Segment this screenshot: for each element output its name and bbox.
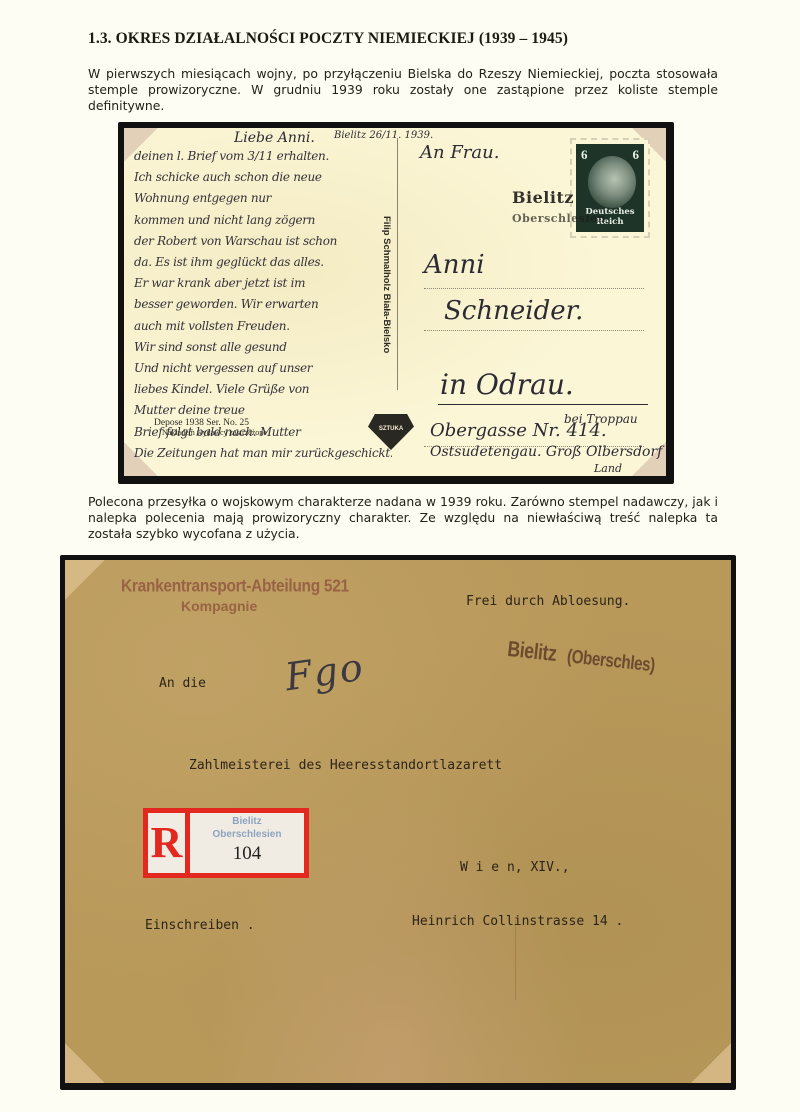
second-paragraph: Polecona przesyłka o wojskowym charakter… <box>88 494 718 542</box>
recipient-street: Heinrich Collinstrasse 14 . <box>412 914 623 929</box>
address-city: in Odrau. <box>440 368 574 401</box>
registration-r-icon: R <box>148 813 190 873</box>
photo-corner <box>65 1043 105 1083</box>
an-die-label: An die <box>159 676 206 691</box>
bielitz-cancellation: Bielitz (Oberschles) <box>506 636 656 677</box>
registration-office: Bielitz Oberschlesien <box>196 815 298 841</box>
registration-number: 104 <box>196 843 298 865</box>
city-underline <box>438 404 648 405</box>
registered-note: Einschreiben . <box>145 918 255 933</box>
publisher-text: Filip Schmalholz Biała-Bielsko <box>381 216 392 353</box>
message-line: Er war krank aber jetzt ist im <box>134 273 392 294</box>
stamp-value: 6 <box>581 147 588 163</box>
recipient-city: W i e n, XIV., <box>460 860 570 875</box>
message-line: auch mit vollsten Freuden. <box>134 316 392 337</box>
printer-series: Depose 1938 Ser. No. 25 <box>154 418 267 428</box>
address-salutation: An Frau. <box>420 142 499 163</box>
message-line: deinen l. Brief vom 3/11 erhalten. <box>134 146 392 167</box>
cancel-town: Bielitz <box>506 636 557 666</box>
photo-corner <box>691 1043 731 1083</box>
message-line: besser geworden. Wir erwarten <box>134 294 392 315</box>
postage-free-note: Frei durch Abloesung. <box>466 594 630 609</box>
sender-handstamp: Krankentransport-Abteilung 521 Kompagnie <box>121 578 349 614</box>
message-line: Die Zeitungen hat man mir zurückgeschick… <box>134 443 392 464</box>
postcard-message: deinen l. Brief vom 3/11 erhalten. Ich s… <box>134 146 392 464</box>
sender-company: Kompagnie <box>181 598 349 614</box>
address-last-name: Schneider. <box>444 296 583 326</box>
dotted-line <box>424 330 644 331</box>
message-line: Und nicht vergessen auf unser <box>134 358 392 379</box>
postcard-greeting: Liebe Anni. <box>234 130 315 146</box>
address-street: Obergasse Nr. 414. <box>430 420 607 441</box>
envelope-crease <box>515 920 516 1000</box>
printer-info: Depose 1938 Ser. No. 25 Nakładem wydawcy… <box>154 418 267 437</box>
dotted-line <box>424 288 644 289</box>
pencil-annotation: Fgo <box>282 645 367 700</box>
postcard-cancellation: Bielitz Oberschlesien <box>512 188 666 226</box>
message-line: da. Es ist ihm geglückt das alles. <box>134 252 392 273</box>
message-line: der Robert von Warschau ist schon <box>134 231 392 252</box>
office-line-1: Bielitz <box>196 815 298 828</box>
postcard-frame: Liebe Anni. Bielitz 26/11. 1939. deinen … <box>118 122 674 484</box>
registration-label: R Bielitz Oberschlesien 104 <box>143 808 309 878</box>
sender-unit: Krankentransport-Abteilung 521 <box>121 577 349 598</box>
cancel-town: Bielitz <box>512 188 574 207</box>
recipient-name: Zahlmeisterei des Heeresstandortlazarett <box>189 758 502 773</box>
postcard-dateline: Bielitz 26/11. 1939. <box>334 130 433 141</box>
message-line: Wir sind sonst alle gesund <box>134 337 392 358</box>
envelope-frame: Krankentransport-Abteilung 521 Kompagnie… <box>60 555 736 1090</box>
envelope: Krankentransport-Abteilung 521 Kompagnie… <box>65 560 731 1083</box>
message-line: Ich schicke auch schon die neue <box>134 167 392 188</box>
message-line: Wohnung entgegen nur <box>134 188 392 209</box>
postcard: Liebe Anni. Bielitz 26/11. 1939. deinen … <box>124 128 666 476</box>
address-region-2: Land <box>594 462 622 475</box>
message-line: kommen und nicht lang zögern <box>134 210 392 231</box>
section-heading: 1.3. OKRES DZIAŁALNOŚCI POCZTY NIEMIECKI… <box>88 30 568 48</box>
intro-paragraph: W pierwszych miesiącach wojny, po przyłą… <box>88 66 718 114</box>
printer-rights: Nakładem wydawcy zastrzeżone <box>162 428 267 437</box>
cancel-region: Oberschlesien <box>512 212 606 225</box>
message-line: liebes Kindel. Viele Grüße von <box>134 379 392 400</box>
office-line-2: Oberschlesien <box>196 828 298 841</box>
postcard-divider <box>397 138 398 390</box>
address-region: Ostsudetengau. Groß Olbersdorf <box>430 444 662 460</box>
photo-corner <box>65 560 105 600</box>
address-first-name: Anni <box>424 250 485 280</box>
cancel-region: (Oberschles) <box>566 646 656 676</box>
stamp-value: 6 <box>633 147 640 163</box>
